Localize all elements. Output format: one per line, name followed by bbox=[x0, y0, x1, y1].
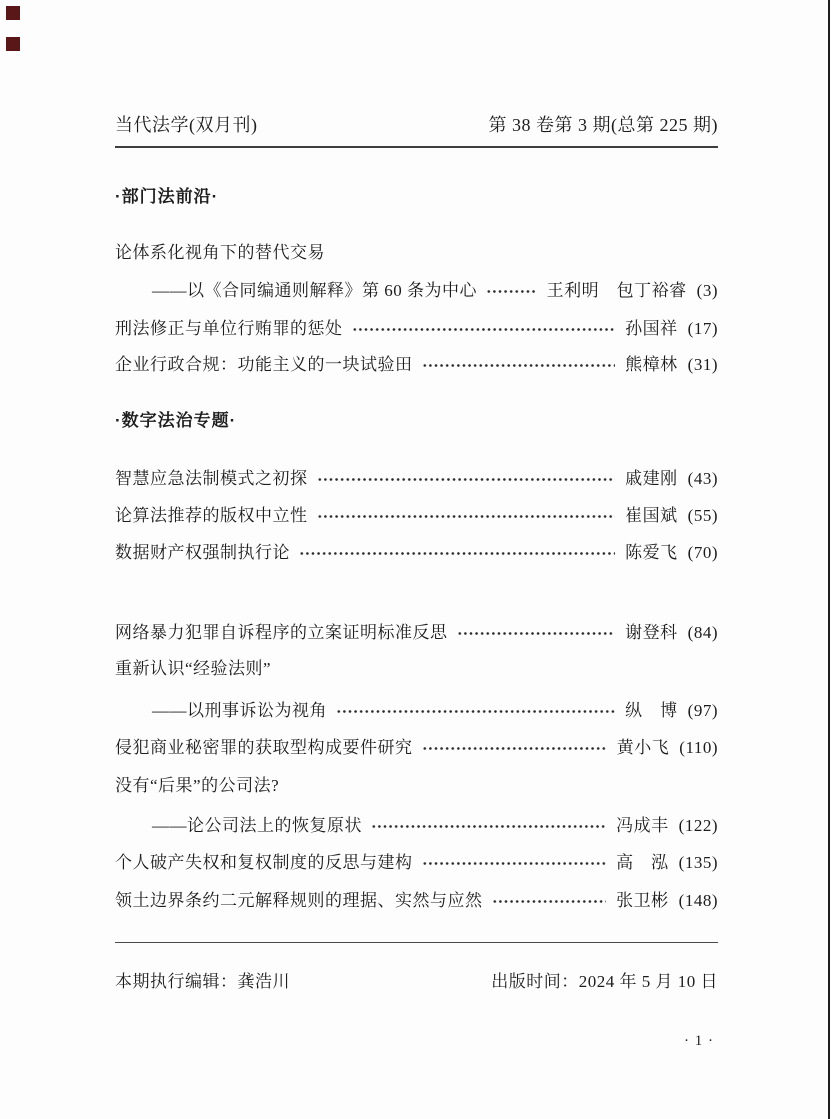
article-page: (110) bbox=[679, 737, 718, 759]
journal-toc-page: 当代法学(双月刊) 第 38 卷第 3 期(总第 225 期) ·部门法前沿· … bbox=[0, 0, 831, 1119]
article-page: (31) bbox=[688, 354, 718, 376]
scan-artifact-mark bbox=[6, 6, 20, 20]
toc-entry: ——论公司法上的恢复原状 冯成丰 (122) bbox=[115, 815, 718, 837]
article-subtitle: ——以刑事诉讼为视角 bbox=[152, 700, 327, 722]
article-authors: 崔国斌 bbox=[625, 505, 678, 527]
toc-entry: 论算法推荐的版权中立性 崔国斌 (55) bbox=[115, 505, 718, 527]
article-page: (148) bbox=[679, 890, 718, 912]
toc-entry: 数据财产权强制执行论 陈爱飞 (70) bbox=[115, 542, 718, 564]
dot-leader bbox=[336, 700, 615, 722]
dot-leader bbox=[422, 354, 616, 376]
page-edge-line bbox=[828, 0, 830, 1119]
page-number: · 1 · bbox=[115, 1030, 718, 1052]
footer-rule bbox=[115, 942, 718, 943]
article-authors: 孙国祥 bbox=[625, 318, 678, 340]
toc-entry: ——以《合同编通则解释》第 60 条为中心 王利明 包丁裕睿 (3) bbox=[115, 280, 718, 302]
toc-entry: 企业行政合规：功能主义的一块试验田 熊樟林 (31) bbox=[115, 354, 718, 376]
dot-leader bbox=[317, 505, 616, 527]
header-rule bbox=[115, 146, 718, 148]
article-page: (3) bbox=[697, 280, 718, 302]
article-page: (55) bbox=[688, 505, 718, 527]
article-page: (17) bbox=[688, 318, 718, 340]
section-title-digital-rule-of-law: ·数字法治专题· bbox=[115, 410, 718, 432]
footer: 本期执行编辑：龚浩川 出版时间：2024 年 5 月 10 日 bbox=[115, 971, 718, 993]
article-authors: 黄小飞 bbox=[617, 737, 670, 759]
toc-entry: 论体系化视角下的替代交易 bbox=[115, 242, 718, 264]
executive-editor: 本期执行编辑：龚浩川 bbox=[115, 971, 290, 993]
journal-name: 当代法学(双月刊) bbox=[115, 114, 258, 136]
dot-leader bbox=[486, 280, 537, 302]
toc-entry: 重新认识“经验法则” bbox=[115, 658, 718, 680]
article-authors: 张卫彬 bbox=[616, 890, 669, 912]
journal-header: 当代法学(双月刊) 第 38 卷第 3 期(总第 225 期) bbox=[115, 114, 718, 136]
dot-leader bbox=[317, 468, 616, 490]
article-title: 侵犯商业秘密罪的获取型构成要件研究 bbox=[115, 737, 413, 759]
article-authors: 王利明 包丁裕睿 bbox=[547, 280, 687, 302]
article-title: 刑法修正与单位行贿罪的惩处 bbox=[115, 318, 343, 340]
article-title: 论算法推荐的版权中立性 bbox=[115, 505, 308, 527]
article-subtitle: ——以《合同编通则解释》第 60 条为中心 bbox=[152, 280, 477, 302]
article-authors: 戚建刚 bbox=[625, 468, 678, 490]
article-authors: 陈爱飞 bbox=[625, 542, 678, 564]
section-title-departmental-law: ·部门法前沿· bbox=[115, 186, 718, 208]
article-title: 智慧应急法制模式之初探 bbox=[115, 468, 308, 490]
article-title: 网络暴力犯罪自诉程序的立案证明标准反思 bbox=[115, 622, 448, 644]
article-title: 个人破产失权和复权制度的反思与建构 bbox=[115, 852, 413, 874]
publish-date: 出版时间：2024 年 5 月 10 日 bbox=[491, 971, 718, 993]
dot-leader bbox=[422, 852, 607, 874]
toc-entry: 个人破产失权和复权制度的反思与建构 高 泓 (135) bbox=[115, 852, 718, 874]
article-authors: 冯成丰 bbox=[616, 815, 669, 837]
toc-entry: ——以刑事诉讼为视角 纵 博 (97) bbox=[115, 700, 718, 722]
article-title: 领土边界条约二元解释规则的理据、实然与应然 bbox=[115, 890, 483, 912]
toc-entry: 侵犯商业秘密罪的获取型构成要件研究 黄小飞 (110) bbox=[115, 737, 718, 759]
article-title: 数据财产权强制执行论 bbox=[115, 542, 290, 564]
scan-artifact-mark bbox=[6, 37, 20, 51]
toc-entry: 刑法修正与单位行贿罪的惩处 孙国祥 (17) bbox=[115, 318, 718, 340]
toc-entry: 没有“后果”的公司法? bbox=[115, 775, 718, 797]
dot-leader bbox=[457, 622, 616, 644]
dot-leader bbox=[352, 318, 616, 340]
article-page: (70) bbox=[688, 542, 718, 564]
issue-info: 第 38 卷第 3 期(总第 225 期) bbox=[489, 114, 719, 136]
article-authors: 熊樟林 bbox=[625, 354, 678, 376]
article-title: 没有“后果”的公司法? bbox=[115, 775, 279, 797]
article-page: (135) bbox=[679, 852, 718, 874]
toc-entry: 智慧应急法制模式之初探 戚建刚 (43) bbox=[115, 468, 718, 490]
article-authors: 高 泓 bbox=[616, 852, 669, 874]
article-page: (43) bbox=[688, 468, 718, 490]
dot-leader bbox=[422, 737, 607, 759]
article-page: (97) bbox=[688, 700, 718, 722]
toc-entry: 网络暴力犯罪自诉程序的立案证明标准反思 谢登科 (84) bbox=[115, 622, 718, 644]
article-page: (84) bbox=[688, 622, 718, 644]
toc-entry: 领土边界条约二元解释规则的理据、实然与应然 张卫彬 (148) bbox=[115, 890, 718, 912]
article-authors: 谢登科 bbox=[625, 622, 678, 644]
article-title: 企业行政合规：功能主义的一块试验田 bbox=[115, 354, 413, 376]
article-title: 重新认识“经验法则” bbox=[115, 658, 271, 680]
dot-leader bbox=[371, 815, 606, 837]
article-page: (122) bbox=[679, 815, 718, 837]
dot-leader bbox=[492, 890, 607, 912]
article-title: 论体系化视角下的替代交易 bbox=[115, 242, 325, 264]
dot-leader bbox=[299, 542, 615, 564]
article-subtitle: ——论公司法上的恢复原状 bbox=[152, 815, 362, 837]
article-authors: 纵 博 bbox=[625, 700, 678, 722]
